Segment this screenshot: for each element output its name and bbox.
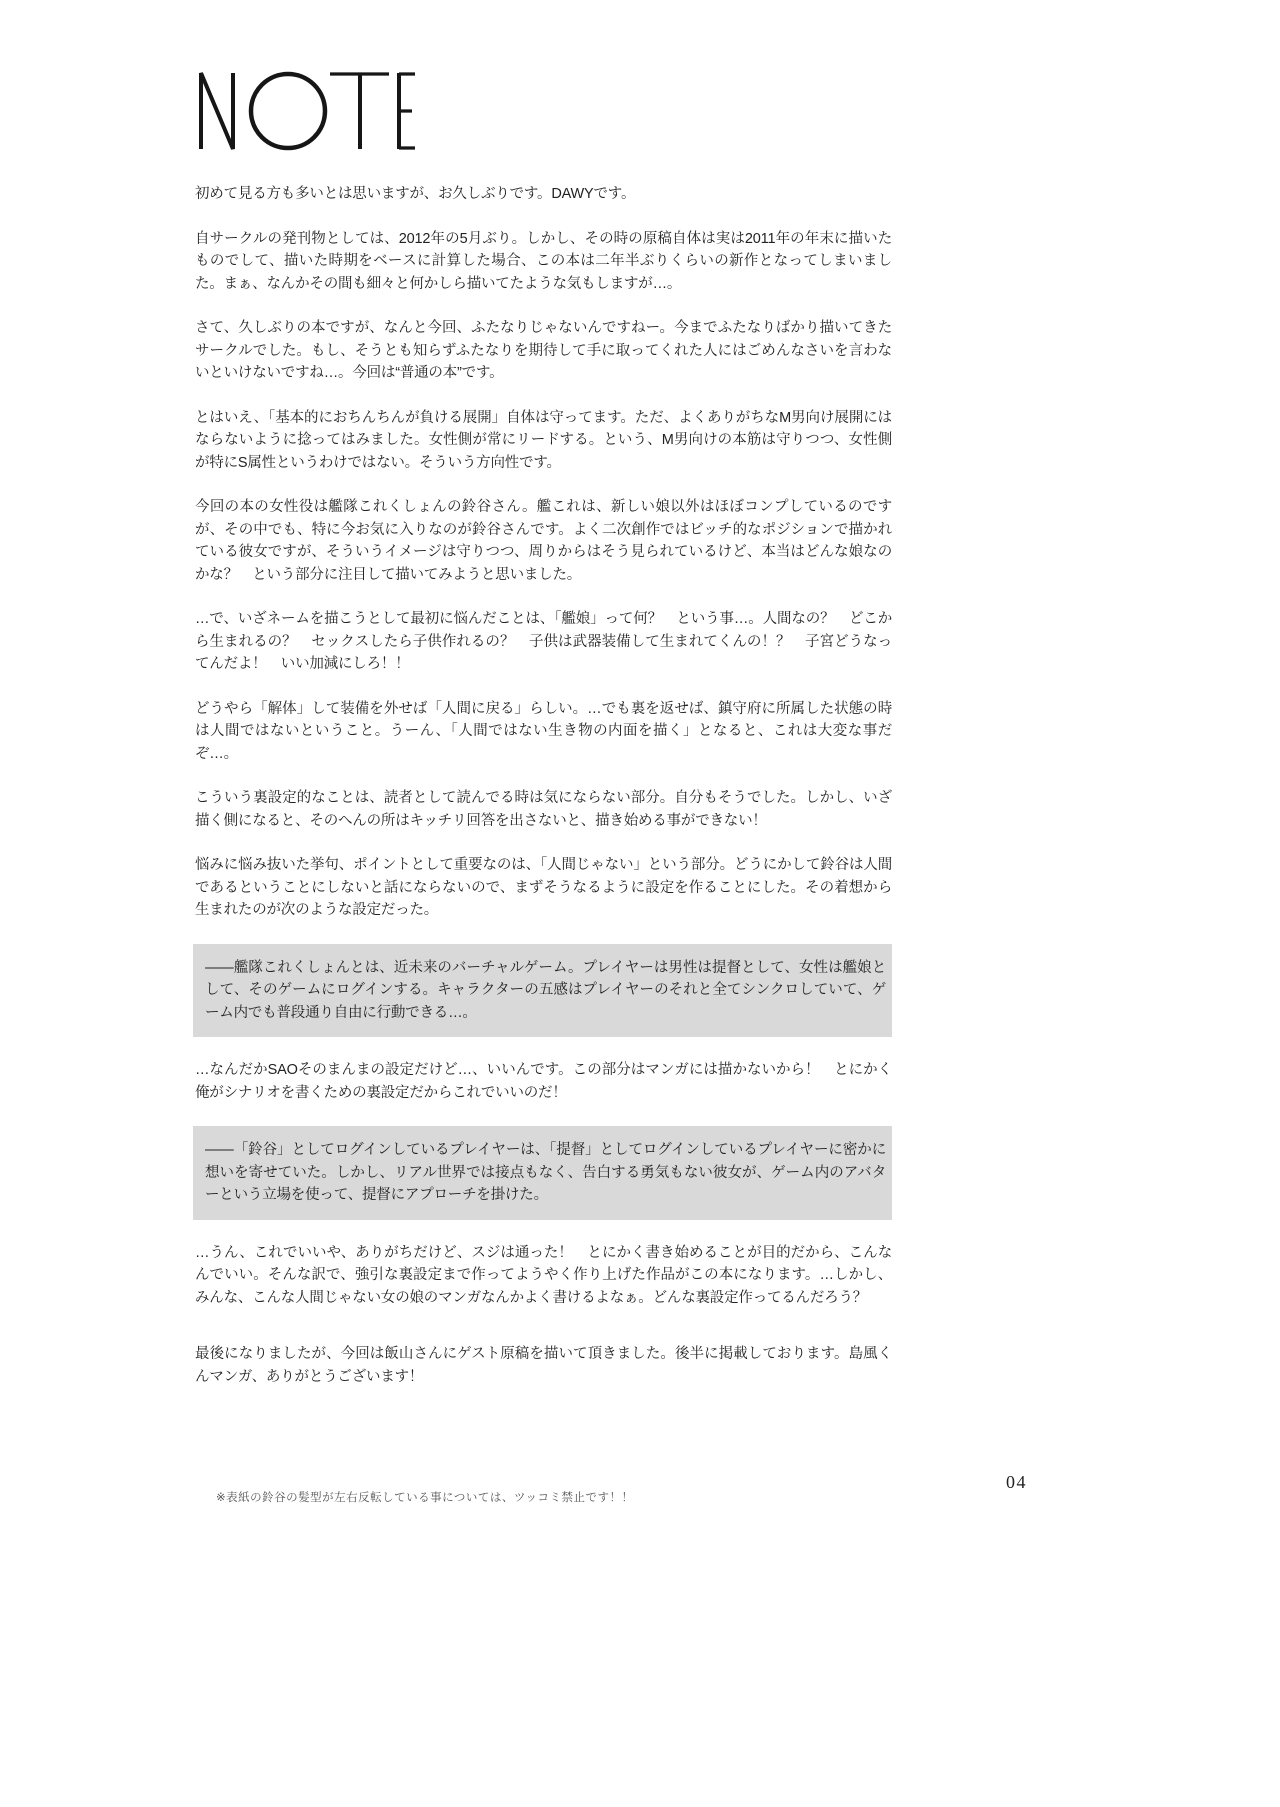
note-body: 初めて見る方も多いとは思いますが、お久しぶりです。DAWYです。自サークルの発刊… bbox=[195, 183, 892, 1410]
paragraph: 悩みに悩み抜いた挙句、ポイントとして重要なのは、「人間じゃない」という部分。どう… bbox=[195, 854, 892, 922]
paragraph: どうやら「解体」して装備を外せば「人間に戻る」らしい。…でも裏を返せば、鎮守府に… bbox=[195, 698, 892, 766]
page-title: NOTE bbox=[196, 70, 418, 157]
setting-highlight-block: ――「鈴谷」としてログインしているプレイヤーは、「提督」としてログインしているプ… bbox=[193, 1126, 892, 1220]
paragraph: とはいえ、「基本的におちんちんが負ける展開」自体は守ってます。ただ、よくありがち… bbox=[195, 407, 892, 475]
note-page: NOTE 初めて見る方も多いとは思いますが、お久しぶりです。DAWYです。自サー… bbox=[0, 0, 1280, 1807]
paragraph: こういう裏設定的なことは、読者として読んでる時は気にならない部分。自分もそうでし… bbox=[195, 787, 892, 832]
paragraph: 今回の本の女性役は艦隊これくしょんの鈴谷さん。艦これは、新しい娘以外はほぼコンプ… bbox=[195, 496, 892, 586]
setting-highlight-block: ――艦隊これくしょんとは、近未来のバーチャルゲーム。プレイヤーは男性は提督として… bbox=[193, 944, 892, 1038]
paragraph: …なんだかSAOそのまんまの設定だけど…、いいんです。この部分はマンガには描かな… bbox=[195, 1059, 892, 1104]
paragraph: …で、いざネームを描こうとして最初に悩んだことは、「艦娘」って何？ という事…。… bbox=[195, 608, 892, 676]
paragraph: さて、久しぶりの本ですが、なんと今回、ふたなりじゃないんですねー。今までふたなり… bbox=[195, 317, 892, 385]
paragraph: 初めて見る方も多いとは思いますが、お久しぶりです。DAWYです。 bbox=[195, 183, 892, 206]
paragraph: 自サークルの発刊物としては、2012年の5月ぶり。しかし、その時の原稿自体は実は… bbox=[195, 228, 892, 296]
note-title-lettering bbox=[196, 70, 418, 152]
footer-note: ※表紙の鈴谷の髪型が左右反転している事については、ツッコミ禁止です！！ bbox=[216, 1489, 634, 1505]
paragraph: 最後になりましたが、今回は飯山さんにゲスト原稿を描いて頂きました。後半に掲載して… bbox=[195, 1343, 892, 1388]
paragraph: …うん、これでいいや、ありがちだけど、スジは通った！ とにかく書き始めることが目… bbox=[195, 1242, 892, 1310]
page-number: 04 bbox=[1006, 1472, 1027, 1493]
